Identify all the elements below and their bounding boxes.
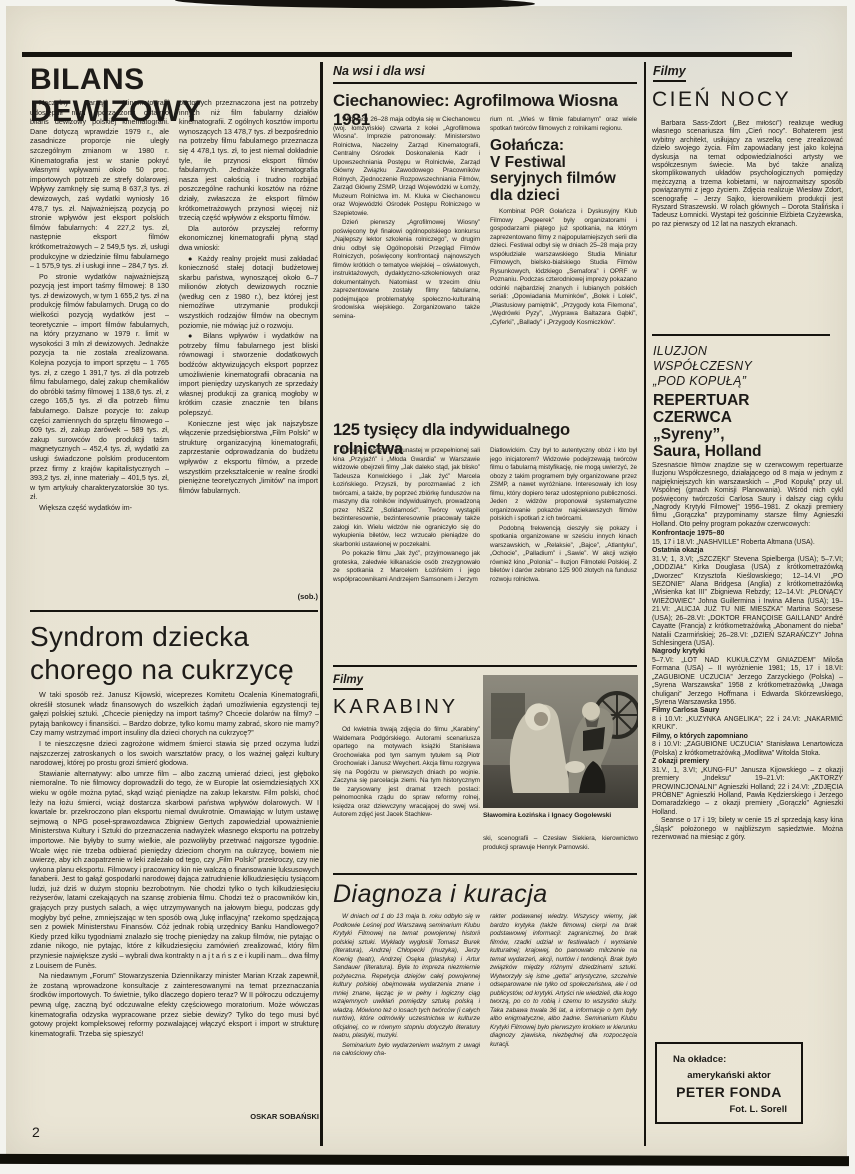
page-bottom-edge [0, 1154, 849, 1166]
syndrom-byline: OSKAR SOBAŃSKI [30, 1112, 319, 1121]
mid-section-rule-2 [333, 873, 637, 875]
iluzjon-label: ILUZJON WSPÓŁCZESNY „POD KOPUŁĄ” [653, 344, 843, 389]
bilans-column-2: portowych przeznaczona jest na potrzeby … [179, 98, 318, 588]
repertuar-outro: Seanse o 17 i 19; bilety w cenie 15 zł s… [652, 817, 843, 842]
film-still-photo [483, 675, 638, 808]
cien-nocy-body: Barbara Sass-Zdort („Bez miłości”) reali… [652, 120, 843, 332]
tysiecy-column-1: 1 maja o godzinie dwunastej w przepełnio… [333, 447, 480, 663]
masthead-rule [22, 52, 792, 57]
photo-caption: Sławomira Łozińska i Ignacy Gogolewski [483, 812, 638, 820]
syndrom-body: W taki sposób reż. Janusz Kijowski, wice… [30, 690, 319, 1110]
tysiecy-column-2: Diatłowickim. Czy był to autentyczny obó… [490, 447, 637, 663]
golancza-body: Kombinat PGR Gołańcza i Dyskusyjny Klub … [490, 208, 637, 327]
repertuar-program: Konfrontacje 1975–8015, 17 i 18.VI: „NAS… [652, 530, 843, 817]
page-number: 2 [32, 1124, 40, 1140]
mid-section-rule-1 [333, 665, 637, 667]
karabiny-title: KARABINY [333, 696, 458, 719]
magazine-page-scan: BILANS DEWIZOWY Naczelny Zarząd Kinemato… [0, 0, 855, 1174]
cover-note-label: Na okładce: [673, 1054, 801, 1065]
cien-nocy-title: CIEŃ NOCY [652, 88, 791, 112]
karabiny-body: Od kwietnia trwają zdjęcia do filmu „Kar… [333, 726, 480, 872]
diagnoza-column-2: rakter podawanej wiedzy. Wszyscy wiemy, … [490, 913, 637, 1127]
film-still-image [483, 675, 638, 808]
cover-note-box: Na okładce: amerykański aktor PETER FOND… [655, 1042, 803, 1124]
repertuar-title: REPERTUAR CZERWCA „Syreny”, Saura, Holla… [653, 392, 843, 460]
column-divider-left [320, 62, 323, 1146]
bilans-byline: (sob.) [179, 592, 318, 601]
repertuar-body: Szesnaście filmów znajdzie się w czerwco… [652, 462, 843, 1022]
repertuar-intro: Szesnaście filmów znajdzie się w czerwco… [652, 462, 843, 529]
ciechanowiec-golancza-column: rium nt. „Wieś w filmie fabularnym” oraz… [490, 116, 637, 416]
left-section-rule [30, 610, 318, 612]
cover-note-name: PETER FONDA [657, 1084, 801, 1100]
karabiny-continuation: ski, scenografii – Czesław Siekiera, kie… [483, 835, 638, 867]
diagnoza-title: Diagnoza i kuracja [333, 880, 637, 909]
bilans-column-1: Naczelny Zarząd Kinematografii udostępni… [30, 98, 169, 588]
column-divider-right [644, 62, 646, 1146]
syndrom-title: Syndrom dziecka chorego na cukrzycę [30, 620, 322, 686]
ciechanowiec-column-1: W dniach 26–28 maja odbyła się w Ciechan… [333, 116, 480, 416]
right-section-rule [652, 334, 830, 336]
golancza-title: Gołańcza: V Festiwal seryjnych filmów dl… [490, 138, 637, 204]
section-label-na-wsi: Na wsi i dla wsi [333, 64, 425, 78]
section-label-filmy-mid: Filmy [333, 674, 363, 690]
filmy-right-label: Filmy [653, 64, 686, 82]
section-label-filmy-right: Filmy [653, 64, 686, 82]
filmy-mid-label: Filmy [333, 674, 363, 690]
diagnoza-column-1: W dniach od 1 do 13 maja b. roku odbyło … [333, 913, 480, 1127]
na-wsi-rule [333, 82, 637, 84]
ciechanowiec-continuation: rium nt. „Wieś w filmie fabularnym” oraz… [490, 116, 637, 133]
cover-note-subtitle: amerykański aktor [657, 1070, 801, 1081]
cover-note-credit: Fot. L. Sorell [657, 1104, 787, 1115]
